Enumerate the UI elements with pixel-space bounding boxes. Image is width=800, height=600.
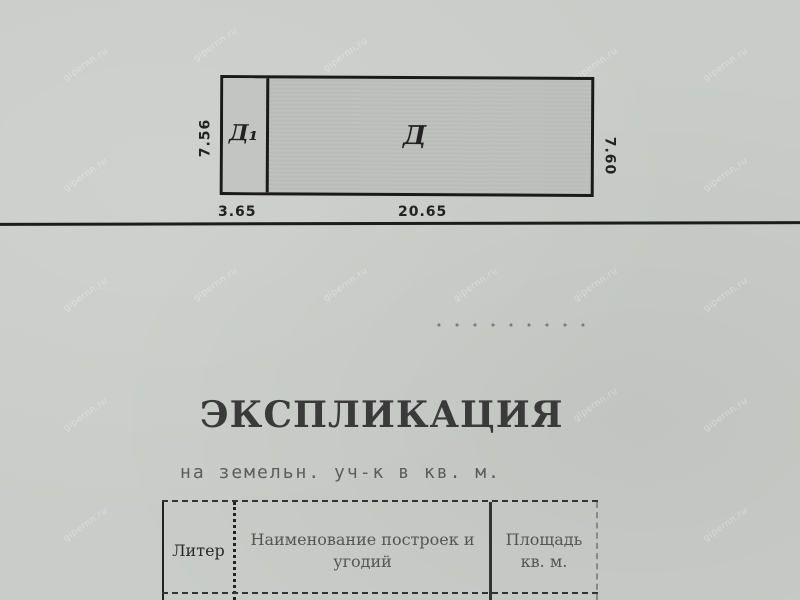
watermark: gipernn.ru (702, 156, 750, 194)
watermark: gipernn.ru (322, 266, 370, 304)
annex-label: Д₁ (229, 120, 258, 146)
watermark: gipernn.ru (62, 46, 110, 84)
watermark: gipernn.ru (452, 266, 500, 304)
watermark: gipernn.ru (702, 46, 750, 84)
watermark: gipernn.ru (572, 266, 620, 304)
scanned-document: gipernn.ru gipernn.ru gipernn.ru gipernn… (0, 0, 800, 600)
column-header-name: Наименование построек и угодий (236, 502, 492, 600)
watermark: gipernn.ru (62, 276, 110, 314)
building-plan: Д₁ Д (220, 75, 595, 197)
watermark: gipernn.ru (702, 396, 750, 434)
watermark: gipernn.ru (62, 396, 110, 434)
ink-smudge (430, 322, 590, 328)
explication-table: Литер Наименование построек и угодий Пло… (162, 500, 598, 600)
watermark: gipernn.ru (192, 266, 240, 304)
street-line (0, 221, 800, 226)
watermark: gipernn.ru (192, 26, 240, 64)
table-header-bottom-border (162, 592, 598, 594)
watermark: gipernn.ru (702, 276, 750, 314)
watermark: gipernn.ru (62, 506, 110, 544)
watermark: gipernn.ru (62, 156, 110, 194)
watermark: gipernn.ru (572, 386, 620, 424)
right-height-dimension: 7.60 (601, 137, 617, 176)
left-height-dimension: 7.56 (197, 119, 213, 158)
column-header-area: Площадь кв. м. (492, 502, 598, 600)
annex-section: Д₁ (223, 78, 270, 192)
document-title: ЭКСПЛИКАЦИЯ (200, 394, 550, 436)
main-building-label: Д (403, 121, 426, 151)
watermark: gipernn.ru (702, 506, 750, 544)
document-subtitle: на земельн. уч-к в кв. м. (180, 462, 501, 483)
watermark: gipernn.ru (322, 36, 370, 74)
main-width-dimension: 20.65 (398, 204, 447, 220)
column-header-liter: Литер (162, 502, 236, 600)
annex-width-dimension: 3.65 (218, 204, 257, 220)
